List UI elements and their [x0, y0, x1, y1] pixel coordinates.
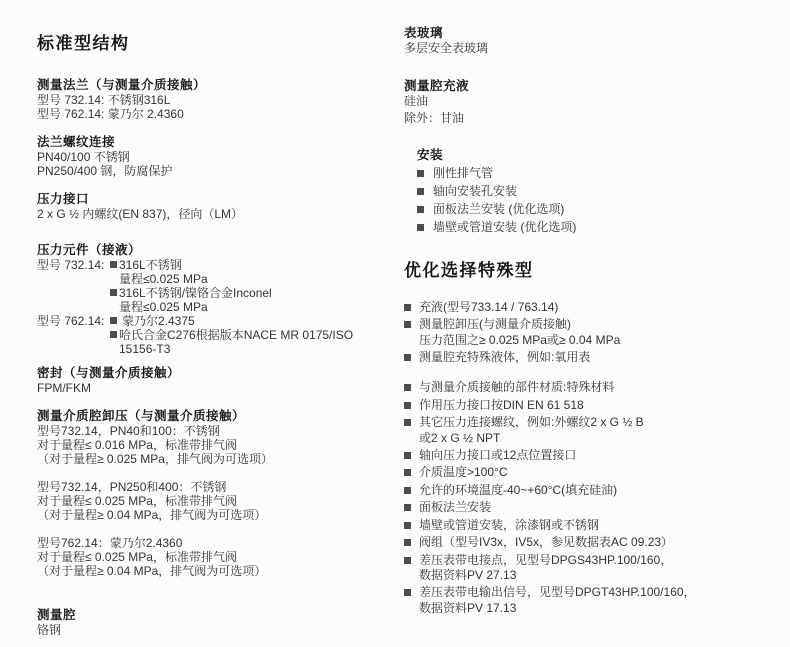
list-item: 轴向压力接口或12点位置接口	[404, 449, 786, 463]
section-heading: 测量法兰（与测量介质接触）	[37, 78, 392, 93]
list-item: 墙壁或管道安装 (优化选项)	[417, 221, 786, 235]
continuation-line: 或2 x G ½ NPT	[419, 431, 644, 445]
section-heading: 密封（与测量介质接触）	[37, 366, 392, 381]
section-chamber-filling: 测量腔充液 硅油 除外：甘油	[404, 79, 786, 125]
spec-line: 量程≤0.025 MPa	[110, 300, 392, 314]
spec-line: 量程≤0.025 MPa	[110, 272, 392, 286]
bullet-square-icon	[404, 539, 411, 546]
spec-line: 对于量程≤ 0.025 MPa，标准带排气阀	[37, 494, 392, 508]
list-item: 阀组（型号IV3x，IV5x，参见数据表AC 09.23）	[404, 536, 786, 550]
bullet-square-icon	[404, 504, 411, 511]
left-column: 标准型结构 测量法兰（与测量介质接触） 型号 732.14: 不锈钢316L 型…	[37, 34, 392, 647]
section-measuring-flange: 测量法兰（与测量介质接触） 型号 732.14: 不锈钢316L 型号 762.…	[37, 78, 392, 121]
spec-line: 对于量程≤ 0.025 MPa，标准带排气阀	[37, 550, 392, 564]
section-heading: 压力元件（接液）	[37, 243, 392, 258]
section-heading: 压力接口	[37, 192, 392, 207]
section-installation: 安装 刚性排气管 轴向安装孔安装 面板法兰安装 (优化选项) 墙壁或管道安装 (…	[417, 148, 786, 235]
bullet-square-icon	[404, 402, 411, 409]
bullet-square-icon	[404, 419, 411, 426]
model-group-762: 型号 762.14: 蒙乃尔2.4375 哈氏合金C276根据版本NACE MR…	[37, 314, 392, 356]
list-item: 轴向安装孔安装	[417, 185, 786, 199]
bullet-square-icon	[404, 589, 411, 596]
model-label: 型号 762.14:	[37, 314, 110, 356]
spec-line: （对于量程≥ 0.04 MPa，排气阀为可选项）	[37, 564, 392, 578]
bullet-square-icon	[404, 487, 411, 494]
list-item: 差压表带电接点，见型号DPGS43HP.100/160， 数据资料PV 27.1…	[404, 554, 786, 583]
spec-line: （对于量程≥ 0.04 MPa，排气阀为可选项）	[37, 508, 392, 522]
list-item: 面板法兰安装	[404, 501, 786, 515]
spec-line: 型号732.14，PN250和400：不锈钢	[37, 480, 392, 494]
datasheet-page: 标准型结构 测量法兰（与测量介质接触） 型号 732.14: 不锈钢316L 型…	[0, 0, 790, 647]
bullet-square-icon	[404, 557, 411, 564]
bullet-square-icon	[404, 469, 411, 476]
bullet-square-icon	[110, 331, 117, 338]
bullet-square-icon	[417, 224, 424, 231]
spec-line: 对于量程≤ 0.016 MPa，标准带排气阀	[37, 438, 392, 452]
bullet-square-icon	[404, 354, 411, 361]
model-group-732: 型号 732.14: 316L不锈钢 量程≤0.025 MPa 316L不锈钢/…	[37, 258, 392, 314]
section-flange-thread: 法兰螺纹连接 PN40/100 不锈钢 PN250/400 钢，防腐保护	[37, 135, 392, 178]
bullet-square-icon	[404, 522, 411, 529]
bullet-square-icon	[110, 289, 117, 296]
section-heading: 测量介质腔卸压（与测量介质接触）	[37, 409, 392, 424]
venting-paragraph: 型号762.14：蒙乃尔2.4360 对于量程≤ 0.025 MPa，标准带排气…	[37, 536, 392, 578]
spec-line: 型号732.14，PN40和100：不锈钢	[37, 424, 392, 438]
bullet-square-icon	[417, 206, 424, 213]
options-list-a: 充液(型号733.14 / 763.14) 测量腔卸压(与测量介质接触) 压力范…	[404, 301, 786, 365]
section-sight-glass: 表玻璃 多层安全表玻璃	[404, 26, 786, 55]
section-sealing: 密封（与测量介质接触） FPM/FKM	[37, 366, 392, 395]
list-item: 刚性排气管	[417, 167, 786, 181]
bullet-square-icon	[404, 384, 411, 391]
spec-line: PN40/100 不锈钢	[37, 150, 392, 164]
spec-line: 型号762.14：蒙乃尔2.4360	[37, 536, 392, 550]
list-item: 与测量介质接触的部件材质:特殊材料	[404, 381, 786, 395]
spec-line: 316L不锈钢	[110, 258, 392, 272]
bullet-square-icon	[404, 321, 411, 328]
spec-line: 铬钢	[37, 623, 392, 637]
continuation-line: 数据资料PV 27.13	[419, 568, 672, 582]
list-item: 介质温度>100°C	[404, 466, 786, 480]
section-heading: 安装	[417, 148, 786, 163]
list-item: 允许的环境温度-40~+60°C(填充硅油)	[404, 484, 786, 498]
spec-line: 哈氏合金C276根据版本NACE MR 0175/ISO	[110, 328, 392, 342]
section-pressure-connection: 压力接口 2 x G ½ 内螺纹(EN 837)，径向（LM）	[37, 192, 392, 221]
section-venting: 测量介质腔卸压（与测量介质接触） 型号732.14，PN40和100：不锈钢 对…	[37, 409, 392, 578]
spec-line: 蒙乃尔2.4375	[110, 314, 392, 328]
spec-line: 型号 762.14: 蒙乃尔 2.4360	[37, 107, 392, 121]
continuation-line: 压力范围之≥ 0.025 MPa或≥ 0.04 MPa	[419, 333, 620, 347]
section-heading: 表玻璃	[404, 26, 786, 41]
list-item: 面板法兰安装 (优化选项)	[417, 203, 786, 217]
spec-line: （对于量程≥ 0.025 MPa，排气阀为可选项）	[37, 452, 392, 466]
right-column: 表玻璃 多层安全表玻璃 测量腔充液 硅油 除外：甘油 安装 刚性排气管 轴向安装…	[404, 26, 786, 619]
list-item: 其它压力连接螺纹，例如:外螺纹2 x G ½ B 或2 x G ½ NPT	[404, 416, 786, 445]
continuation-line: 数据资料PV 17.13	[419, 601, 696, 615]
list-item: 墙壁或管道安装，涂漆钢或不锈钢	[404, 519, 786, 533]
options-list-b: 与测量介质接触的部件材质:特殊材料 作用压力接口按DIN EN 61 518 其…	[404, 381, 786, 615]
bullet-square-icon	[404, 452, 411, 459]
bullet-square-icon	[110, 261, 117, 268]
section-heading: 测量腔充液	[404, 79, 786, 94]
section-pressure-element: 压力元件（接液） 型号 732.14: 316L不锈钢 量程≤0.025 MPa…	[37, 243, 392, 356]
list-item: 作用压力接口按DIN EN 61 518	[404, 399, 786, 413]
list-item: 差压表带电输出信号，见型号DPGT43HP.100/160， 数据资料PV 17…	[404, 586, 786, 615]
spec-line: 2 x G ½ 内螺纹(EN 837)，径向（LM）	[37, 207, 392, 221]
heading-standard-version: 标准型结构	[37, 34, 392, 54]
venting-paragraph: 型号732.14，PN250和400：不锈钢 对于量程≤ 0.025 MPa，标…	[37, 480, 392, 522]
list-item: 测量腔充特殊液体，例如:氧用表	[404, 351, 786, 365]
spec-line: 除外：甘油	[404, 111, 786, 125]
spec-line: PN250/400 钢，防腐保护	[37, 164, 392, 178]
spec-line: 多层安全表玻璃	[404, 41, 786, 55]
list-item: 充液(型号733.14 / 763.14)	[404, 301, 786, 315]
bullet-square-icon	[417, 170, 424, 177]
installation-list: 刚性排气管 轴向安装孔安装 面板法兰安装 (优化选项) 墙壁或管道安装 (优化选…	[417, 167, 786, 235]
section-heading: 法兰螺纹连接	[37, 135, 392, 150]
model-label: 型号 732.14:	[37, 258, 110, 314]
heading-optional-special-version: 优化选择特殊型	[404, 261, 786, 281]
section-measuring-chamber: 测量腔 铬钢	[37, 608, 392, 637]
bullet-square-icon	[404, 304, 411, 311]
list-item: 测量腔卸压(与测量介质接触) 压力范围之≥ 0.025 MPa或≥ 0.04 M…	[404, 318, 786, 347]
spec-line: 型号 732.14: 不锈钢316L	[37, 93, 392, 107]
venting-paragraph: 型号732.14，PN40和100：不锈钢 对于量程≤ 0.016 MPa，标准…	[37, 424, 392, 466]
spec-line: FPM/FKM	[37, 381, 392, 395]
spec-line: 硅油	[404, 94, 786, 108]
spec-line: 15156-T3	[110, 342, 392, 356]
bullet-square-icon	[110, 317, 117, 324]
spec-line: 316L不锈钢/镍铬合金Inconel	[110, 286, 392, 300]
bullet-square-icon	[417, 188, 424, 195]
section-heading: 测量腔	[37, 608, 392, 623]
